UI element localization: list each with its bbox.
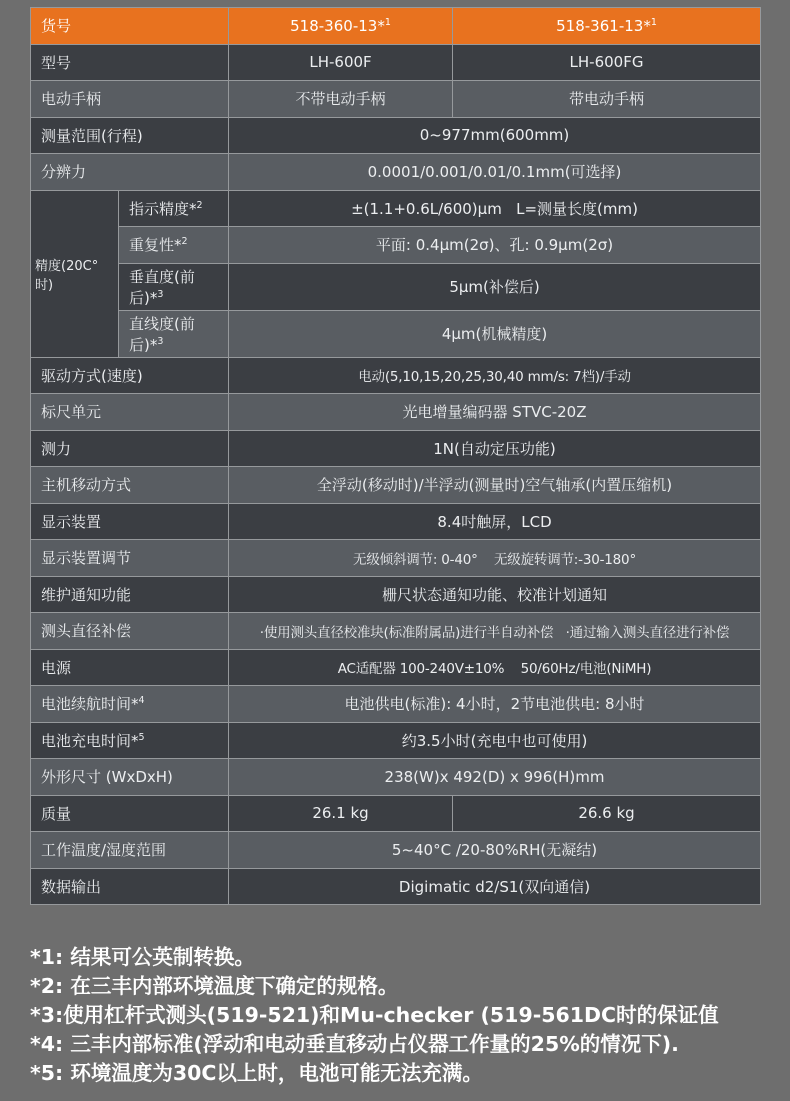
spec-value: AC适配器 100-240V±10% 50/60Hz/电池(NiMH) [229,649,761,686]
spec-label: 电池充电时间*5 [31,722,229,759]
spec-label: 重复性*2 [119,227,229,264]
spec-row: 货号518-360-13*1518-361-13*1 [31,8,761,45]
spec-label: 标尺单元 [31,394,229,431]
spec-label: 维护通知功能 [31,576,229,613]
spec-value: 带电动手柄 [453,81,761,118]
spec-label: 质量 [31,795,229,832]
spec-row: 分辨力0.0001/0.001/0.01/0.1mm(可选择) [31,154,761,191]
spec-label: 货号 [31,8,229,45]
spec-label: 测力 [31,430,229,467]
spec-row: 测头直径补偿·使用测头直径校准块(标准附属品)进行半自动补偿 ·通过输入测头直径… [31,613,761,650]
spec-value: ±(1.1+0.6L/600)μm L=测量长度(mm) [229,190,761,227]
spec-label: 电动手柄 [31,81,229,118]
spec-row: 主机移动方式全浮动(移动时)/半浮动(测量时)空气轴承(内置压缩机) [31,467,761,504]
spec-row: 标尺单元光电增量编码器 STVC-20Z [31,394,761,431]
spec-row: 垂直度(前后)*35μm(补偿后) [31,263,761,310]
spec-table: 货号518-360-13*1518-361-13*1型号LH-600FLH-60… [30,7,761,905]
spec-row: 显示装置8.4吋触屏，LCD [31,503,761,540]
spec-row: 电源AC适配器 100-240V±10% 50/60Hz/电池(NiMH) [31,649,761,686]
spec-value: 栅尺状态通知功能、校准计划通知 [229,576,761,613]
spec-row: 型号LH-600FLH-600FG [31,44,761,81]
spec-row: 驱动方式(速度)电动(5,10,15,20,25,30,40 mm/s: 7档)… [31,357,761,394]
spec-value: 518-360-13*1 [229,8,453,45]
spec-label: 型号 [31,44,229,81]
spec-table-body: 货号518-360-13*1518-361-13*1型号LH-600FLH-60… [31,8,761,905]
spec-row: 电池续航时间*4电池供电(标准): 4小时，2节电池供电: 8小时 [31,686,761,723]
footnotes: *1: 结果可公英制转换。*2: 在三丰内部环境温度下确定的规格。*3:使用杠杆… [30,943,760,1088]
spec-value: 26.6 kg [453,795,761,832]
spec-row: 测力1N(自动定压功能) [31,430,761,467]
spec-row: 精度(20C°时)指示精度*2±(1.1+0.6L/600)μm L=测量长度(… [31,190,761,227]
spec-value: 电池供电(标准): 4小时，2节电池供电: 8小时 [229,686,761,723]
spec-label: 外形尺寸 (WxDxH) [31,759,229,796]
spec-row: 质量26.1 kg26.6 kg [31,795,761,832]
spec-label: 电池续航时间*4 [31,686,229,723]
footnote: *4: 三丰内部标准(浮动和电动垂直移动占仪器工作量的25%的情况下). [30,1030,760,1059]
spec-value: 5μm(补偿后) [229,263,761,310]
spec-value: 约3.5小时(充电中也可使用) [229,722,761,759]
spec-row: 数据输出Digimatic d2/S1(双向通信) [31,868,761,905]
spec-row: 显示装置调节无级倾斜调节: 0-40° 无级旋转调节:-30-180° [31,540,761,577]
spec-value: ·使用测头直径校准块(标准附属品)进行半自动补偿 ·通过输入测头直径进行补偿 [229,613,761,650]
spec-value: 518-361-13*1 [453,8,761,45]
spec-row: 电动手柄不带电动手柄带电动手柄 [31,81,761,118]
spec-label: 显示装置 [31,503,229,540]
spec-value: LH-600FG [453,44,761,81]
spec-row: 工作温度/湿度范围5~40°C /20-80%RH(无凝结) [31,832,761,869]
spec-value: 电动(5,10,15,20,25,30,40 mm/s: 7档)/手动 [229,357,761,394]
spec-label: 指示精度*2 [119,190,229,227]
spec-value: 0.0001/0.001/0.01/0.1mm(可选择) [229,154,761,191]
footnote: *2: 在三丰内部环境温度下确定的规格。 [30,972,760,1001]
spec-value: Digimatic d2/S1(双向通信) [229,868,761,905]
spec-row: 重复性*2平面: 0.4μm(2σ)、孔: 0.9μm(2σ) [31,227,761,264]
spec-value: 8.4吋触屏，LCD [229,503,761,540]
spec-row: 直线度(前后)*34μm(机械精度) [31,310,761,357]
spec-label: 显示装置调节 [31,540,229,577]
spec-row: 维护通知功能栅尺状态通知功能、校准计划通知 [31,576,761,613]
footnote: *5: 环境温度为30C以上时，电池可能无法充满。 [30,1059,760,1088]
spec-value: 1N(自动定压功能) [229,430,761,467]
spec-label: 直线度(前后)*3 [119,310,229,357]
spec-value: 4μm(机械精度) [229,310,761,357]
spec-value: 238(W)x 492(D) x 996(H)mm [229,759,761,796]
spec-label: 测量范围(行程) [31,117,229,154]
footnote: *3:使用杠杆式测头(519-521)和Mu-checker (519-561D… [30,1001,760,1030]
spec-group-label: 精度(20C°时) [31,190,119,357]
spec-value: LH-600F [229,44,453,81]
spec-label: 主机移动方式 [31,467,229,504]
spec-value: 平面: 0.4μm(2σ)、孔: 0.9μm(2σ) [229,227,761,264]
spec-value: 26.1 kg [229,795,453,832]
footnote: *1: 结果可公英制转换。 [30,943,760,972]
spec-row: 电池充电时间*5约3.5小时(充电中也可使用) [31,722,761,759]
spec-label: 电源 [31,649,229,686]
spec-label: 工作温度/湿度范围 [31,832,229,869]
spec-value: 光电增量编码器 STVC-20Z [229,394,761,431]
spec-label: 数据输出 [31,868,229,905]
spec-value: 无级倾斜调节: 0-40° 无级旋转调节:-30-180° [229,540,761,577]
spec-value: 全浮动(移动时)/半浮动(测量时)空气轴承(内置压缩机) [229,467,761,504]
page: 货号518-360-13*1518-361-13*1型号LH-600FLH-60… [0,0,790,1088]
spec-label: 分辨力 [31,154,229,191]
spec-value: 0~977mm(600mm) [229,117,761,154]
spec-label: 驱动方式(速度) [31,357,229,394]
spec-value: 5~40°C /20-80%RH(无凝结) [229,832,761,869]
spec-value: 不带电动手柄 [229,81,453,118]
spec-label: 垂直度(前后)*3 [119,263,229,310]
spec-row: 外形尺寸 (WxDxH)238(W)x 492(D) x 996(H)mm [31,759,761,796]
spec-label: 测头直径补偿 [31,613,229,650]
spec-row: 测量范围(行程)0~977mm(600mm) [31,117,761,154]
